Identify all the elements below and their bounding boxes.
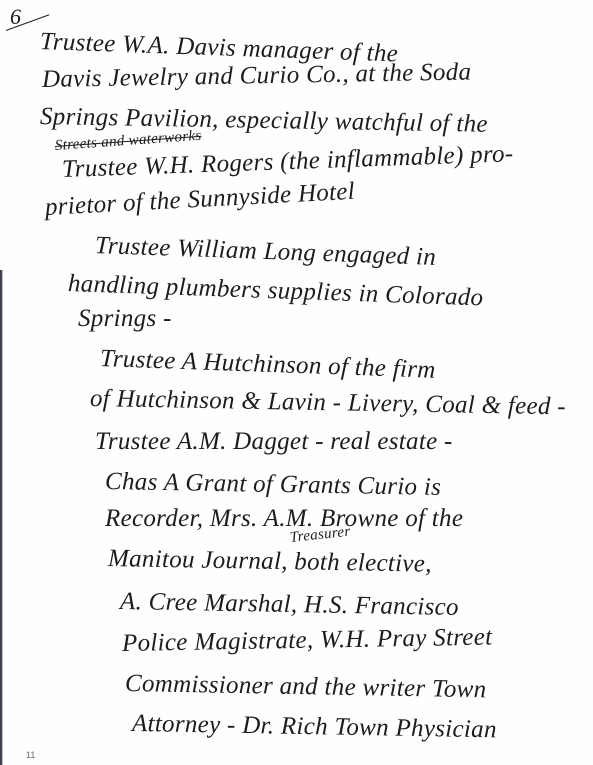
text-line-10: Trustee A Hutchinson of the firm (100, 345, 437, 385)
text-line-13: Chas A Grant of Grants Curio is (105, 468, 442, 502)
text-line-11: of Hutchinson & Lavin - Livery, Coal & f… (90, 385, 566, 421)
text-line-6: prietor of the Sunnyside Hotel (44, 178, 355, 222)
text-line-18: Commissioner and the writer Town (125, 670, 487, 704)
handwritten-document-page: 6 Trustee W.A. Davis manager of the Davi… (0, 0, 593, 765)
text-line-14: Recorder, Mrs. A.M. Browne of the (105, 505, 463, 533)
text-line-7: Trustee William Long engaged in (95, 232, 437, 272)
text-line-15: Manitou Journal, both elective, (108, 545, 432, 579)
text-line-2: Davis Jewelry and Curio Co., at the Soda (42, 59, 472, 94)
bottom-margin-mark: 11 (26, 750, 35, 760)
text-line-9: Springs - (78, 305, 172, 333)
scan-left-border (0, 270, 3, 765)
text-line-19: Attorney - Dr. Rich Town Physician (132, 710, 497, 744)
text-line-12: Trustee A.M. Dagget - real estate - (95, 428, 453, 456)
text-line-16: A. Cree Marshal, H.S. Francisco (120, 588, 459, 622)
text-line-17: Police Magistrate, W.H. Pray Street (122, 624, 493, 658)
